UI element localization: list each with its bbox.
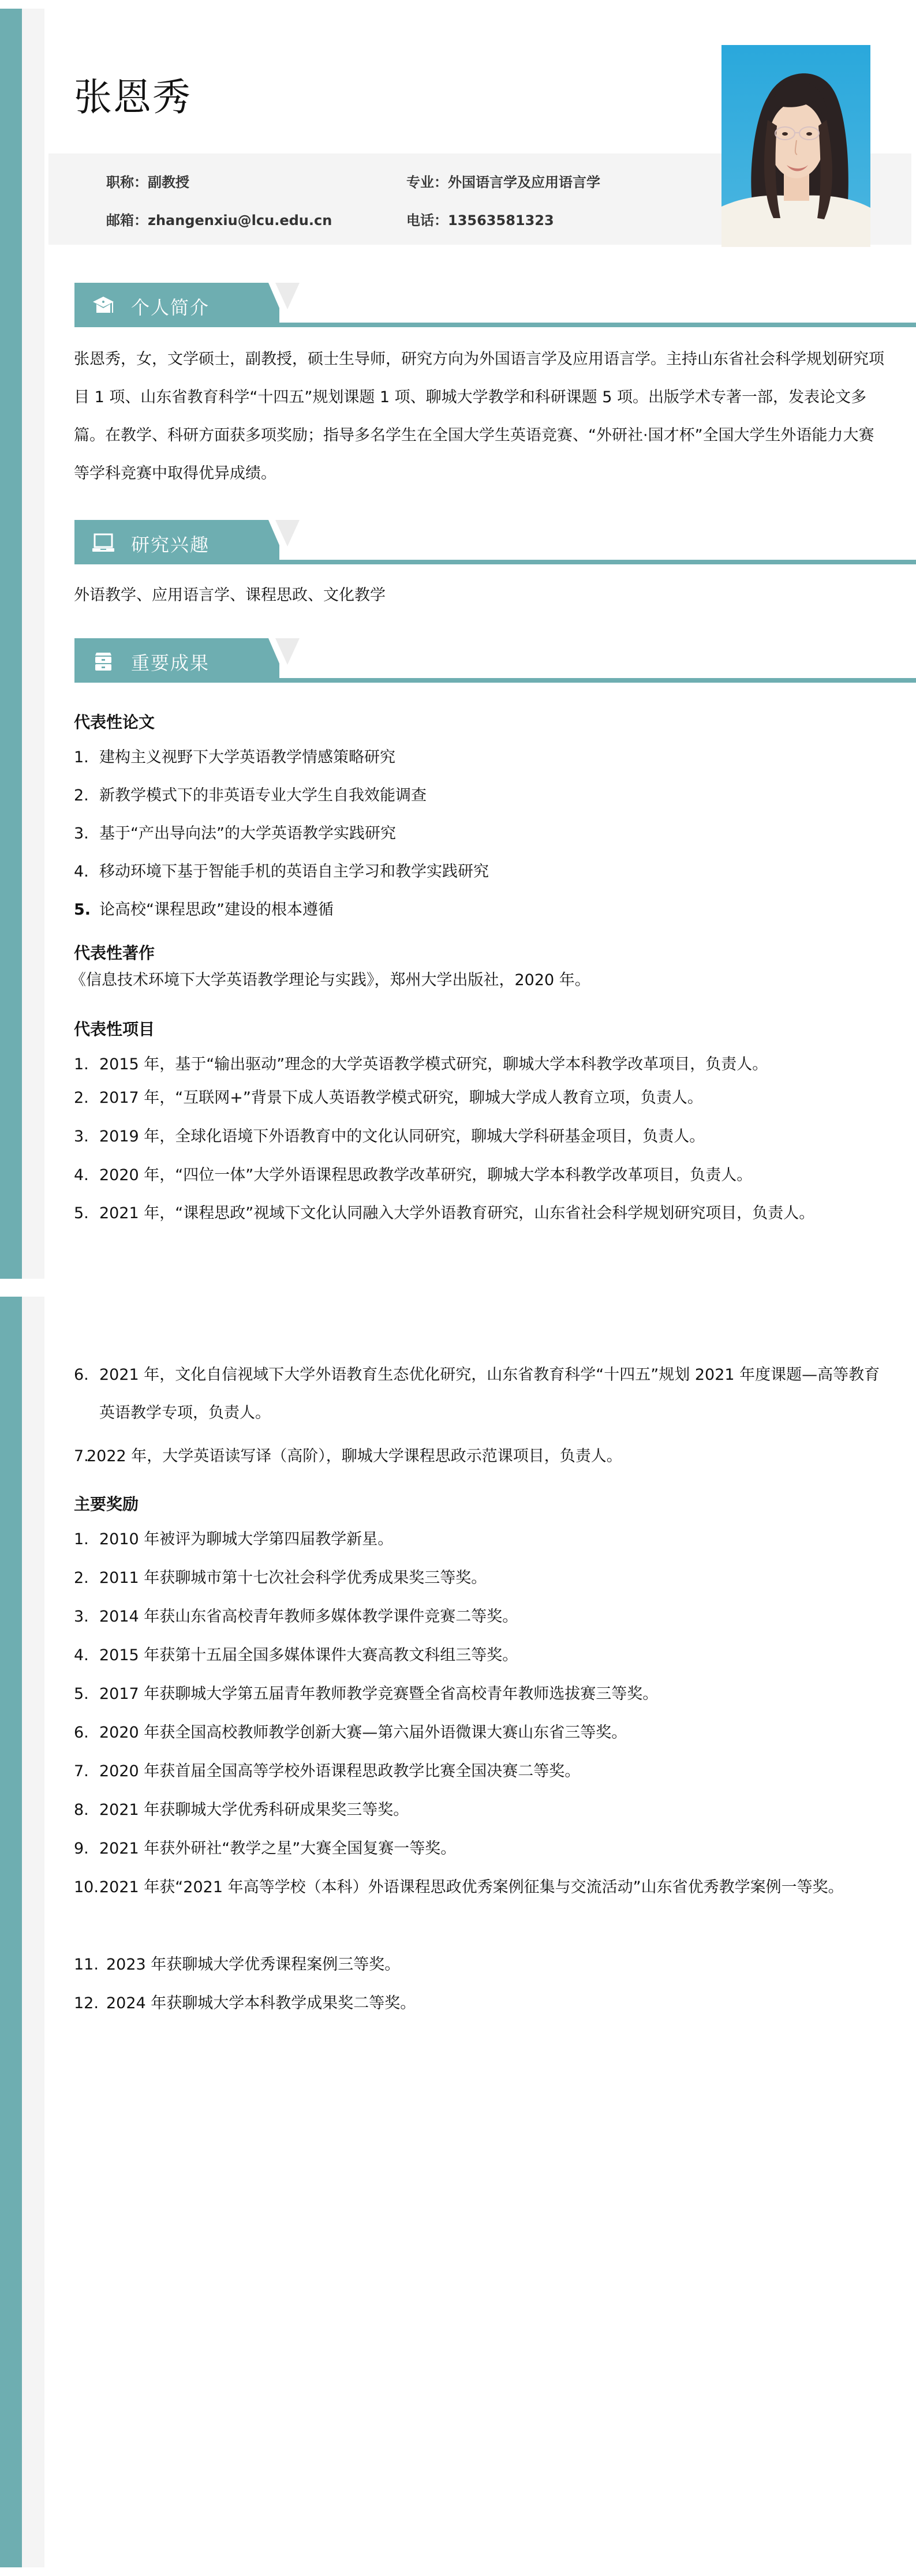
- item-text: 2011 年获聊城市第十七次社会科学优秀成果奖三等奖。: [99, 1569, 487, 1587]
- project-item: 6.2021 年，文化自信视域下大学外语教育生态优化研究，山东省教育科学“十四五…: [74, 1356, 882, 1432]
- section-triangle-decor: [275, 638, 300, 665]
- left-accent-rail: [0, 9, 22, 1279]
- item-text: 2017 年，“互联网+”背景下成人英语教学模式研究，聊城大学成人教育立项，负责…: [99, 1089, 703, 1107]
- item-number: 4.: [74, 1637, 99, 1675]
- awards-heading: 主要奖励: [74, 1492, 139, 1515]
- section-header-intro: 个人简介: [74, 283, 916, 327]
- item-text: 2022 年，大学英语读写译（高阶），聊城大学课程思政示范课项目，负责人。: [87, 1447, 622, 1465]
- paper-item: 4.移动环境下基于智能手机的英语自主学习和教学实践研究: [74, 853, 893, 891]
- award-item: 11.2023 年获聊城大学优秀课程案例三等奖。: [74, 1946, 893, 1984]
- project-item: 1.2015 年，基于“输出驱动”理念的大学英语教学模式研究，聊城大学本科教学改…: [74, 1046, 893, 1084]
- page-2: 6.2021 年，文化自信视域下大学外语教育生态优化研究，山东省教育科学“十四五…: [0, 1297, 916, 2567]
- section-triangle-decor: [275, 520, 300, 546]
- award-item: 5.2017 年获聊城大学第五届青年教师教学竞赛暨全省高校青年教师选拔赛三等奖。: [74, 1675, 893, 1713]
- info-phone: 电话：13563581323: [406, 209, 554, 229]
- award-item: 3.2014 年获山东省高校青年教师多媒体教学课件竞赛二等奖。: [74, 1598, 893, 1636]
- item-number: 7.: [74, 1753, 99, 1791]
- item-number: 10.: [74, 1869, 99, 1907]
- item-number: 5.: [74, 1195, 99, 1233]
- info-major-label: 专业：: [406, 174, 448, 190]
- laptop-icon: [92, 533, 113, 553]
- interests-text: 外语教学、应用语言学、课程思政、文化教学: [74, 576, 888, 615]
- item-text: 2010 年被评为聊城大学第四届教学新星。: [99, 1530, 393, 1548]
- award-item: 4.2015 年获第十五届全国多媒体课件大赛高教文科组三等奖。: [74, 1637, 893, 1675]
- section-header-interests: 研究兴趣: [74, 520, 916, 564]
- item-number: 11.: [74, 1946, 106, 1984]
- item-number: 4.: [74, 853, 99, 891]
- info-title-label: 职称：: [106, 174, 148, 190]
- item-text: 基于“产出导向法”的大学英语教学实践研究: [99, 825, 396, 843]
- item-text: 2024 年获聊城大学本科教学成果奖二等奖。: [106, 1994, 416, 2012]
- item-text: 2017 年获聊城大学第五届青年教师教学竞赛暨全省高校青年教师选拔赛三等奖。: [99, 1685, 658, 1703]
- info-title: 职称：副教授: [106, 171, 189, 191]
- info-major: 专业：外国语言学及应用语言学: [406, 171, 600, 191]
- paper-item: 1.建构主义视野下大学英语教学情感策略研究: [74, 739, 893, 777]
- award-item: 8.2021 年获聊城大学优秀科研成果奖三等奖。: [74, 1791, 893, 1829]
- paper-item: 5.论高校“课程思政”建设的根本遵循: [74, 891, 893, 929]
- projects-heading: 代表性项目: [74, 1017, 155, 1040]
- info-title-value: 副教授: [148, 174, 189, 190]
- archive-drawer-icon: [92, 651, 113, 672]
- intro-paragraph: 张恩秀，女，文学硕士，副教授，硕士生导师，研究方向为外国语言学及应用语言学。主持…: [74, 340, 888, 493]
- books-heading: 代表性著作: [74, 941, 155, 964]
- item-text: 论高校“课程思政”建设的根本遵循: [99, 901, 334, 919]
- left-gray-rail: [22, 1297, 44, 2567]
- item-number: 1.: [74, 1046, 99, 1084]
- award-item: 7.2020 年获首届全国高等学校外语课程思政教学比赛全国决赛二等奖。: [74, 1753, 893, 1791]
- item-number: 1.: [74, 739, 99, 777]
- info-phone-label: 电话：: [406, 212, 448, 229]
- graduation-cap-icon: [92, 295, 113, 316]
- item-text: 2015 年，基于“输出驱动”理念的大学英语教学模式研究，聊城大学本科教学改革项…: [99, 1055, 768, 1073]
- section-triangle-decor: [275, 283, 300, 309]
- item-number: 3.: [74, 815, 99, 853]
- item-number: 2.: [74, 777, 99, 815]
- item-text: 2023 年获聊城大学优秀课程案例三等奖。: [106, 1956, 400, 1974]
- item-number: 2.: [74, 1559, 99, 1597]
- item-text: 2021 年获外研社“教学之星”大赛全国复赛一等奖。: [99, 1840, 456, 1858]
- item-text: 2021 年获“2021 年高等学校（本科）外语课程思政优秀案例征集与交流活动”…: [99, 1878, 844, 1896]
- item-number: 9.: [74, 1830, 99, 1868]
- book-item: 《信息技术环境下大学英语教学理论与实践》，郑州大学出版社，2020 年。: [70, 961, 890, 999]
- item-text: 2021 年获聊城大学优秀科研成果奖三等奖。: [99, 1801, 409, 1819]
- item-number: 8.: [74, 1791, 99, 1829]
- item-text: 建构主义视野下大学英语教学情感策略研究: [99, 748, 395, 766]
- item-number: 12.: [74, 1985, 106, 2023]
- info-email-label: 邮箱：: [106, 212, 148, 229]
- award-item: 6.2020 年获全国高校教师教学创新大赛—第六届外语微课大赛山东省三等奖。: [74, 1714, 893, 1752]
- project-item: 2.2017 年，“互联网+”背景下成人英语教学模式研究，聊城大学成人教育立项，…: [74, 1079, 893, 1117]
- item-number: 5.: [74, 1675, 99, 1713]
- project-item: 5.2021 年，“课程思政”视域下文化认同融入大学外语教育研究，山东省社会科学…: [74, 1195, 882, 1233]
- award-item: 9.2021 年获外研社“教学之星”大赛全国复赛一等奖。: [74, 1830, 893, 1868]
- item-text: 2021 年，“课程思政”视域下文化认同融入大学外语教育研究，山东省社会科学规划…: [99, 1204, 814, 1222]
- award-item: 2.2011 年获聊城市第十七次社会科学优秀成果奖三等奖。: [74, 1559, 893, 1597]
- info-email-value[interactable]: zhangenxiu@lcu.edu.cn: [148, 212, 332, 229]
- papers-heading: 代表性论文: [74, 710, 155, 733]
- left-gray-rail: [22, 9, 44, 1279]
- item-text: 2021 年，文化自信视域下大学外语教育生态优化研究，山东省教育科学“十四五”规…: [99, 1366, 880, 1422]
- left-accent-rail: [0, 1297, 22, 2567]
- item-number: 7.: [74, 1437, 87, 1476]
- section-header-achievements: 重要成果: [74, 638, 916, 683]
- paper-item: 2.新教学模式下的非英语专业大学生自我效能调查: [74, 777, 893, 815]
- section-title: 研究兴趣: [131, 530, 210, 557]
- project-item: 7.2022 年，大学英语读写译（高阶），聊城大学课程思政示范课项目，负责人。: [74, 1437, 893, 1476]
- item-text: 2014 年获山东省高校青年教师多媒体教学课件竞赛二等奖。: [99, 1608, 518, 1626]
- item-number: 6.: [74, 1714, 99, 1752]
- portrait-photo: [721, 45, 870, 247]
- section-title: 个人简介: [131, 293, 210, 320]
- info-phone-value: 13563581323: [448, 212, 554, 229]
- item-number: 5.: [74, 891, 99, 929]
- info-major-value: 外国语言学及应用语言学: [448, 174, 600, 190]
- page-1: 张恩秀 职称：副教授 专业：外国语言学及应用语言学 邮箱：zhangenxiu@…: [0, 0, 916, 1279]
- item-number: 6.: [74, 1356, 99, 1394]
- item-text: 2020 年获首届全国高等学校外语课程思政教学比赛全国决赛二等奖。: [99, 1762, 580, 1780]
- paper-item: 3.基于“产出导向法”的大学英语教学实践研究: [74, 815, 893, 853]
- award-item: 12.2024 年获聊城大学本科教学成果奖二等奖。: [74, 1985, 893, 2023]
- award-item: 10.2021 年获“2021 年高等学校（本科）外语课程思政优秀案例征集与交流…: [74, 1869, 882, 1907]
- item-text: 2020 年，“四位一体”大学外语课程思政教学改革研究，聊城大学本科教学改革项目…: [99, 1166, 752, 1184]
- profile-name: 张恩秀: [74, 66, 192, 121]
- info-email: 邮箱：zhangenxiu@lcu.edu.cn: [106, 209, 332, 229]
- item-number: 3.: [74, 1598, 99, 1636]
- item-number: 3.: [74, 1118, 99, 1156]
- item-text: 2020 年获全国高校教师教学创新大赛—第六届外语微课大赛山东省三等奖。: [99, 1724, 627, 1742]
- award-item: 1.2010 年被评为聊城大学第四届教学新星。: [74, 1521, 893, 1559]
- item-text: 2019 年，全球化语境下外语教育中的文化认同研究，聊城大学科研基金项目，负责人…: [99, 1128, 705, 1145]
- project-item: 4.2020 年，“四位一体”大学外语课程思政教学改革研究，聊城大学本科教学改革…: [74, 1156, 893, 1195]
- item-text: 新教学模式下的非英语专业大学生自我效能调查: [99, 787, 427, 804]
- section-title: 重要成果: [131, 649, 210, 675]
- item-number: 1.: [74, 1521, 99, 1559]
- item-text: 2015 年获第十五届全国多媒体课件大赛高教文科组三等奖。: [99, 1646, 518, 1664]
- project-item: 3.2019 年，全球化语境下外语教育中的文化认同研究，聊城大学科研基金项目，负…: [74, 1118, 893, 1156]
- item-number: 2.: [74, 1079, 99, 1117]
- item-text: 移动环境下基于智能手机的英语自主学习和教学实践研究: [99, 863, 489, 881]
- item-number: 4.: [74, 1156, 99, 1195]
